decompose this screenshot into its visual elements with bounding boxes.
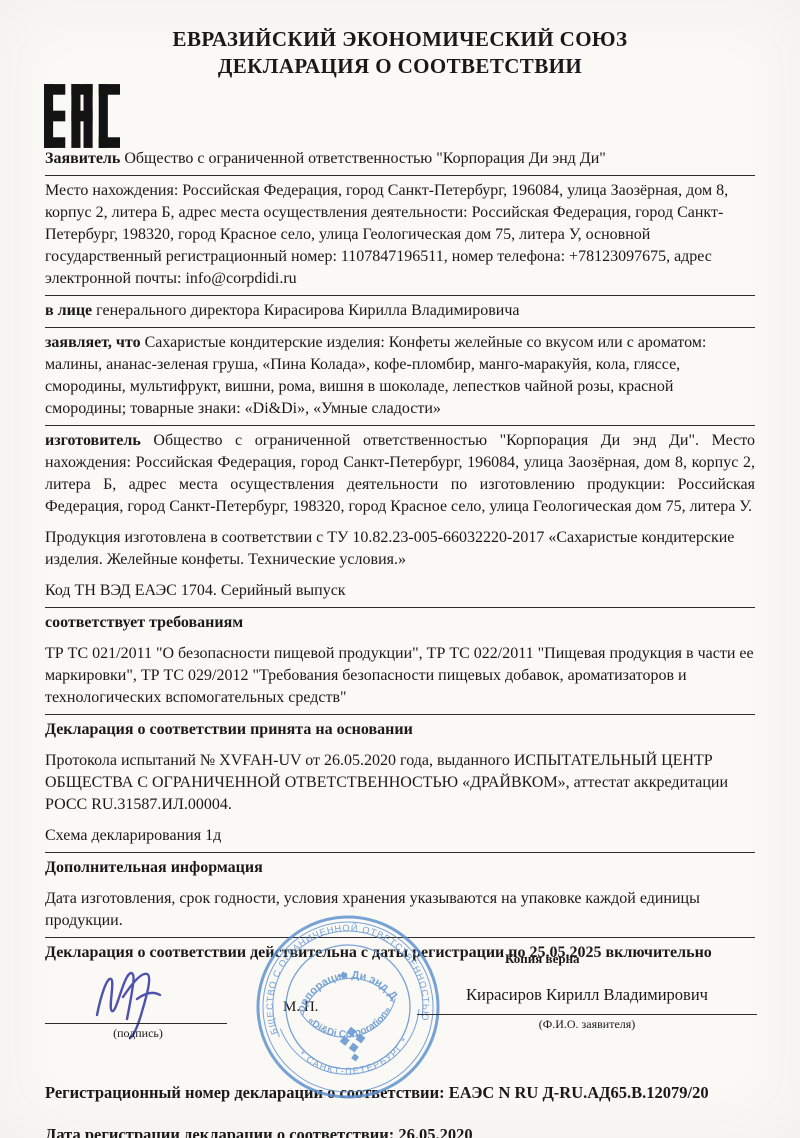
manufacturer-label: изготовитель: [45, 432, 141, 449]
registration-number-value: ЕАЭС N RU Д-RU.АД65.В.12079/20: [449, 1083, 709, 1102]
in-person-section: в лице генерального директора Кирасирова…: [45, 296, 755, 328]
signature-area: (подпись) М. П. ОБЩЕСТВО С ОГРАНИЧЕННОЙ …: [45, 973, 755, 1069]
manufacturer-section: изготовитель Общество с ограниченной отв…: [45, 426, 755, 523]
page-title-line2: ДЕКЛАРАЦИЯ О СООТВЕТСТВИИ: [0, 53, 800, 80]
registration-date-value: 26.05.2020: [398, 1125, 472, 1138]
complies-heading: соответствует требованиям: [45, 608, 755, 639]
eac-logo-icon: [44, 84, 120, 148]
regulations-section: ТР ТС 021/2011 "О безопасности пищевой п…: [45, 639, 755, 715]
location-section: Место нахождения: Российская Федерация, …: [45, 176, 755, 296]
declaration-document: ЕВРАЗИЙСКИЙ ЭКОНОМИЧЕСКИЙ СОЮЗ ДЕКЛАРАЦИ…: [0, 0, 800, 1138]
declaration-scheme-text: Схема декларирования 1д: [45, 827, 221, 844]
document-body: Заявитель Общество с ограниченной ответс…: [0, 144, 800, 1138]
production-section: Продукция изготовлена в соответствии с Т…: [45, 523, 755, 576]
page-title-line1: ЕВРАЗИЙСКИЙ ЭКОНОМИЧЕСКИЙ СОЮЗ: [0, 26, 800, 53]
tnved-code-text: Код ТН ВЭД ЕАЭС 1704. Серийный выпуск: [45, 582, 346, 599]
copy-note: Копия верна: [505, 951, 580, 967]
fio-label: (Ф.И.О. заявителя): [417, 1015, 757, 1032]
production-text: Продукция изготовлена в соответствии с Т…: [45, 529, 734, 568]
document-title: ЕВРАЗИЙСКИЙ ЭКОНОМИЧЕСКИЙ СОЮЗ ДЕКЛАРАЦИ…: [0, 0, 800, 80]
registration-date-label: Дата регистрации декларации о соответств…: [45, 1125, 394, 1138]
in-person-label: в лице: [45, 302, 92, 319]
location-text: Место нахождения: Российская Федерация, …: [45, 182, 728, 287]
tnved-code-line: Код ТН ВЭД ЕАЭС 1704. Серийный выпуск: [45, 576, 755, 608]
applicant-section: Заявитель Общество с ограниченной ответс…: [45, 144, 755, 176]
svg-text:«Di&Di Corporation»: «Di&Di Corporation»: [304, 1004, 397, 1046]
applicant-signatory-block: Кирасиров Кирилл Владимирович (Ф.И.О. за…: [417, 985, 757, 1032]
applicant-name: Кирасиров Кирилл Владимирович: [417, 985, 757, 1015]
applicant-label: Заявитель: [45, 150, 120, 167]
declares-section: заявляет, что Сахаристые кондитерские из…: [45, 328, 755, 426]
basis-text: Протокола испытаний № XVFAH-UV от 26.05.…: [45, 752, 728, 813]
applicant-text: Общество с ограниченной ответственностью…: [124, 150, 605, 167]
declaration-scheme-line: Схема декларирования 1д: [45, 821, 755, 853]
additional-info-heading: Дополнительная информация: [45, 853, 755, 884]
basis-heading: Декларация о соответствии принята на осн…: [45, 715, 755, 746]
regulations-text: ТР ТС 021/2011 "О безопасности пищевой п…: [45, 645, 754, 706]
basis-section: Протокола испытаний № XVFAH-UV от 26.05.…: [45, 746, 755, 821]
in-person-text: генерального директора Кирасирова Кирилл…: [96, 302, 519, 319]
registration-date-line: Дата регистрации декларации о соответств…: [45, 1125, 755, 1138]
signature-line: [45, 1023, 227, 1024]
declares-text: Сахаристые кондитерские изделия: Конфеты…: [45, 334, 706, 417]
stamp-company-name-en: «Di&Di Corporation»: [304, 1004, 397, 1046]
declares-label: заявляет, что: [45, 334, 141, 351]
podpis-label: (подпись): [73, 1026, 203, 1041]
manufacturer-text: Общество с ограниченной ответственностью…: [45, 432, 755, 515]
